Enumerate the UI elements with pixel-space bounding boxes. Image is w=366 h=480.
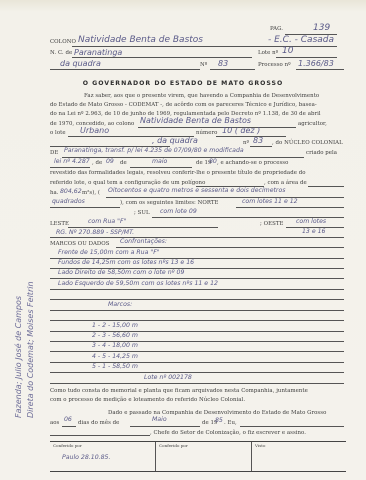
body-line: m²s), ( [82,190,100,196]
margin-note-line-1: Fazenda; Julio José de Campos [14,296,23,418]
body-line: criado pela [306,150,337,156]
lote-value: 10 [282,46,293,56]
area-words-hand: Oitocentos e quatro metros e sessenta e … [108,187,285,194]
pag-label: PAG. [270,26,283,32]
body-line: LESTE [50,221,69,227]
lote-type-hand: Urbano [80,126,109,135]
quadra-number-hand: 83 [253,136,263,145]
body-line: do Estado de Mato Grosso - CODEMAT -, de… [50,102,317,108]
confrontacoes-hand: Confrontações: [120,238,167,245]
confrontacao-line: Fundos de 14,25m com os lotes nºs 13 e 1… [58,259,194,266]
body-line: , de [92,160,102,166]
confrontacao-line: Lado Esquerdo de 59,50m com os lotes nºs… [58,280,218,287]
lote-number-hand: Lote nº 002178 [144,374,192,381]
day-hand: 09 [106,158,114,165]
margin-note-line-2: Direta do Codemat; Moises Feltrin [26,281,35,418]
n-value: 83 [218,59,228,68]
body-line: . Eu, [224,420,237,426]
confrontacao-line: Frente de 15,00m com a Rua "F" [58,249,160,256]
quadra-hand: , da quadra [152,136,198,145]
oeste-hand: com lotes [296,218,326,225]
body-line: aos [50,420,59,426]
marcos-label: MARCOS OU DADOS [50,241,110,247]
colono-label: COLONO [50,39,76,45]
body-line: , e achando-se o processo [217,160,288,166]
processo-label: Processo nº [258,62,291,68]
colono-extra: - E.C. - Casada [268,35,334,45]
visto-label: Visto [255,443,265,448]
marco-line: 3 - 4 - 18,00 m [92,342,138,349]
norte-hand: com lotes 11 e 12 [242,198,298,205]
signature-hand: Paulo 28.10.85. [62,454,110,461]
document-title: O GOVERNADOR DO ESTADO DE MATO GROSSO [0,80,366,87]
nc-label: N. C. de [50,50,72,56]
body-line: ha. [50,190,59,196]
nc-value: Paranatinga [74,48,122,57]
conferido-label: Conferido por [53,443,82,448]
body-line: referido lote, o qual tem a configuração… [50,180,205,186]
month-hand: Maio [152,416,167,423]
body-line: número [196,130,217,136]
marco-line: 2 - 3 - 56,60 m [92,332,138,339]
body-line: ; OESTE [260,221,283,227]
document-page: PAG. 139 COLONO Natividade Benta de Bast… [0,0,366,480]
colono-value: Natividade Benta de Bastos [78,35,203,45]
nucleo-hand: Paranatinga, transf. p/ lei 4.235 de 07/… [64,147,244,154]
month-hand: maio [152,158,167,165]
body-line: agricultor, [298,121,327,127]
processo-value: 1.366/83 [298,59,334,68]
body-line: , do NÚCLEO COLONIAL [272,140,343,146]
rg-hand: RG. Nº 270.889 - SSP/MT. [56,229,134,236]
body-line: Dado e passado na Companhia de Desenvolv… [108,410,326,416]
lote-number-hand: 10 ( dez ) [222,126,260,135]
body-line: Como tudo consta do memorial e planta qu… [50,388,308,394]
area-words-hand-2: quadrados [52,198,85,205]
colono-name-hand: Natividade Benta de Bastos [140,116,251,125]
pag-value: 139 [313,23,330,33]
sul-hand: com lote 09 [160,208,197,215]
body-line: ), com os seguintes limites: NORTE [120,200,219,206]
body-line: ; SUL [134,210,150,216]
body-line: , com a área de [264,180,307,186]
body-line: Faz saber, aos que o presente virem, que… [84,93,319,99]
body-line: o lote [50,130,66,136]
year-hand: 80 [209,158,217,165]
marco-line: 5 - 1 - 58,50 m [92,363,138,370]
lote-label: Lote nº [258,50,278,56]
conferido-label-2: Conferido por [159,443,188,448]
body-line: DE [50,150,58,156]
marcos-title-hand: Marcos: [108,301,132,308]
area-hand: 804,62 [60,188,82,195]
body-line: revestido das formalidades legais, resol… [50,170,306,176]
body-line: dias do mês de [78,420,119,426]
body-line: , Chefe do Setor de Colonização, o fiz e… [150,430,306,436]
marco-line: 4 - 5 - 14,25 m [92,353,138,360]
quadra-value: da quadra [60,59,101,68]
leste-hand: com Rua "F" [88,218,126,225]
day-hand: 06 [64,416,72,423]
n-label: Nº [200,62,207,68]
oeste-hand-2: 13 e 16 [302,228,326,235]
year-hand: 85 [215,417,223,424]
marco-line: 1 - 2 - 15,00 m [92,322,138,329]
confrontacao-line: Lado Direito de 58,50m com o lote nº 09 [58,269,184,276]
body-line: nº [243,140,249,146]
lei-hand: lei nº 4.287 [54,158,90,165]
body-line: com o processo de medição e loteamento d… [50,397,245,403]
body-line: de [120,160,127,166]
